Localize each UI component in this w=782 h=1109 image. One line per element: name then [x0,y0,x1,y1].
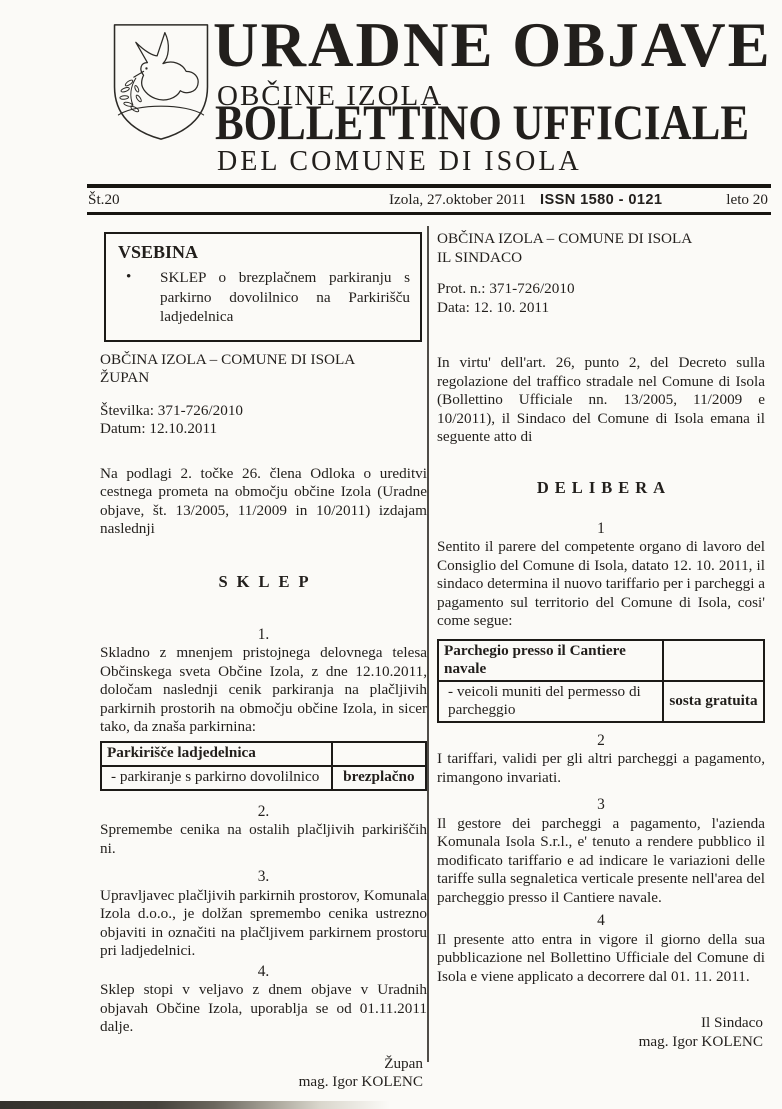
section-text: Upravljavec plačljivih parkirnih prostor… [100,887,427,961]
signature-name: mag. Igor KOLENC [100,1073,423,1092]
preamble: In virtu' dell'art. 26, punto 2, del Dec… [437,354,765,447]
signature-block: Župan mag. Igor KOLENC [100,1055,427,1092]
signature-name: mag. Igor KOLENC [437,1033,763,1052]
table-row-value: sosta gratuita [663,681,764,722]
column-slovene: VSEBINA • SKLEP o brezplačnem parkiranju… [100,228,427,1092]
table-row-label: - veicoli muniti del permesso di parcheg… [438,681,663,722]
section-number: 2 [437,732,765,751]
bullet-icon: • [118,268,160,327]
reference-number: Prot. n.: 371-726/2010 [437,280,765,299]
toc-item-text: SKLEP o brezplačnem parkiranju s parkirn… [160,268,410,327]
reference-date: Data: 12. 10. 2011 [437,299,765,318]
authority-office: IL SINDACO [437,249,765,268]
authority-block: OBČINA IZOLA – COMUNE DI ISOLA IL SINDAC… [437,230,765,267]
column-divider [427,226,429,1062]
toc-item: • SKLEP o brezplačnem parkiranju s parki… [118,268,410,327]
act-title: DELIBERA [437,477,765,498]
issue-number: Št.20 [88,191,120,210]
coat-of-arms-icon [108,21,214,143]
preamble: Na podlagi 2. točke 26. člena Odloka o u… [100,465,427,539]
volume-year: leto 20 [726,191,768,210]
toc-title: VSEBINA [118,241,410,263]
issn-number: ISSN 1580 - 0121 [540,191,662,210]
section-text: Il presente atto entra in vigore il gior… [437,931,765,987]
reference-block: Številka: 371-726/2010 Datum: 12.10.2011 [100,402,427,439]
section-text: Sklep stopi v veljavo z dnem objave v Ur… [100,981,427,1037]
table-header-spacer [663,640,764,681]
section-text: Il gestore dei parcheggi a pagamento, l'… [437,815,765,908]
table-header-cell: Parkirišče ladjedelnica [101,742,332,766]
act-title: SKLEP [100,571,427,592]
table-of-contents-box: VSEBINA • SKLEP o brezplačnem parkiranju… [104,232,422,342]
table-header-row: Parchegio presso il Cantiere navale [438,640,764,681]
section-number: 3 [437,796,765,815]
section-text: Skladno z mnenjem pristojnega delovnega … [100,644,427,737]
authority-office: ŽUPAN [100,369,427,388]
section-number: 1 [437,520,765,539]
authority-name: OBČINA IZOLA – COMUNE DI ISOLA [100,351,427,370]
section-text: Sentito il parere del competente organo … [437,538,765,631]
section-number: 2. [100,803,427,822]
masthead-title-slovene: URADNE OBJAVE [213,14,772,77]
masthead-info-bar: Št.20 Izola, 27.oktober 2011 ISSN 1580 -… [0,191,782,211]
table-row-label: - parkiranje s parkirno dovolilnico [101,766,332,790]
place-and-date: Izola, 27.oktober 2011 [389,191,526,210]
table-header-row: Parkirišče ladjedelnica [101,742,426,766]
signature-title: Župan [100,1055,423,1074]
section-text: Spremembe cenika na ostalih plačljivih p… [100,821,427,858]
parking-price-table: Parkirišče ladjedelnica - parkiranje s p… [100,741,427,791]
section-number: 4 [437,912,765,931]
reference-number: Številka: 371-726/2010 [100,402,427,421]
table-row-value: brezplačno [332,766,426,790]
masthead-subtitle-italian: DEL COMUNE DI ISOLA [217,148,582,176]
signature-block: Il Sindaco mag. Igor KOLENC [437,1014,765,1051]
reference-date: Datum: 12.10.2011 [100,420,427,439]
section-number: 3. [100,868,427,887]
scan-artifact [0,1101,390,1109]
table-row: - parkiranje s parkirno dovolilnico brez… [101,766,426,790]
section-number: 1. [100,626,427,645]
section-number: 4. [100,963,427,982]
gazette-page: URADNE OBJAVE OBČINE IZOLA BOLLETTINO UF… [0,0,782,1109]
table-header-cell: Parchegio presso il Cantiere navale [438,640,663,681]
masthead-rule-bottom [87,212,771,215]
masthead-rule-top [87,184,771,188]
signature-title: Il Sindaco [437,1014,763,1033]
masthead-title-italian: BOLLETTINO UFFICIALE [215,97,749,147]
reference-block: Prot. n.: 371-726/2010 Data: 12. 10. 201… [437,280,765,317]
table-header-spacer [332,742,426,766]
authority-block: OBČINA IZOLA – COMUNE DI ISOLA ŽUPAN [100,351,427,388]
parking-price-table: Parchegio presso il Cantiere navale - ve… [437,639,765,723]
authority-name: OBČINA IZOLA – COMUNE DI ISOLA [437,230,765,249]
column-italian: OBČINA IZOLA – COMUNE DI ISOLA IL SINDAC… [437,228,765,1051]
table-row: - veicoli muniti del permesso di parcheg… [438,681,764,722]
section-text: I tariffari, validi per gli altri parche… [437,750,765,787]
